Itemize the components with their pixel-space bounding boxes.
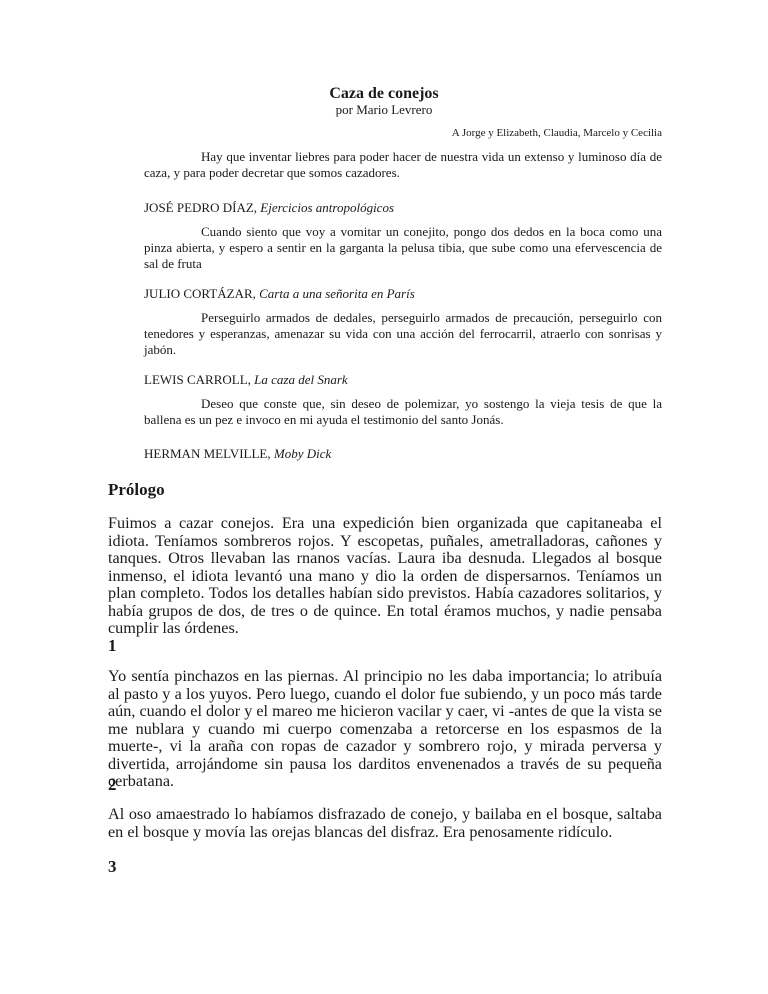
epigraph-author: JULIO CORTÁZAR,: [144, 286, 259, 301]
epigraph-attribution: JOSÉ PEDRO DÍAZ, Ejercicios antropológic…: [144, 200, 662, 216]
epigraph-work: Ejercicios antropológicos: [260, 200, 394, 215]
epigraph-author: LEWIS CARROLL,: [144, 372, 254, 387]
section-text-1: Yo sentía pinchazos en las piernas. Al p…: [108, 668, 662, 791]
document-title: Caza de conejos: [0, 85, 768, 103]
epigraph-attribution: JULIO CORTÁZAR, Carta a una señorita en …: [144, 286, 662, 302]
epigraph-quote: Cuando siento que voy a vomitar un conej…: [144, 224, 662, 272]
section-text-2: Al oso amaestrado lo habíamos disfrazado…: [108, 806, 662, 841]
epigraph-attribution: HERMAN MELVILLE, Moby Dick: [144, 446, 662, 462]
epigraph-work: Moby Dick: [274, 446, 331, 461]
section-heading-3: 3: [108, 857, 117, 877]
dedication: A Jorge y Elizabeth, Claudia, Marcelo y …: [144, 126, 662, 140]
epigraph-author: HERMAN MELVILLE,: [144, 446, 274, 461]
section-heading-2: 2: [108, 775, 117, 795]
epigraph-work: Carta a una señorita en París: [259, 286, 415, 301]
epigraph-attribution: LEWIS CARROLL, La caza del Snark: [144, 372, 662, 388]
epigraph-quote: Perseguirlo armados de dedales, persegui…: [144, 310, 662, 358]
section-heading-1: 1: [108, 636, 117, 656]
epigraph-quote: Deseo que conste que, sin deseo de polem…: [144, 396, 662, 428]
epigraph-quote: Hay que inventar liebres para poder hace…: [144, 149, 662, 181]
section-text-prologo: Fuimos a cazar conejos. Era una expedici…: [108, 515, 662, 638]
section-heading-prologo: Prólogo: [108, 480, 165, 500]
epigraph-work: La caza del Snark: [254, 372, 348, 387]
epigraph-author: JOSÉ PEDRO DÍAZ,: [144, 200, 260, 215]
document-author: por Mario Levrero: [0, 102, 768, 117]
